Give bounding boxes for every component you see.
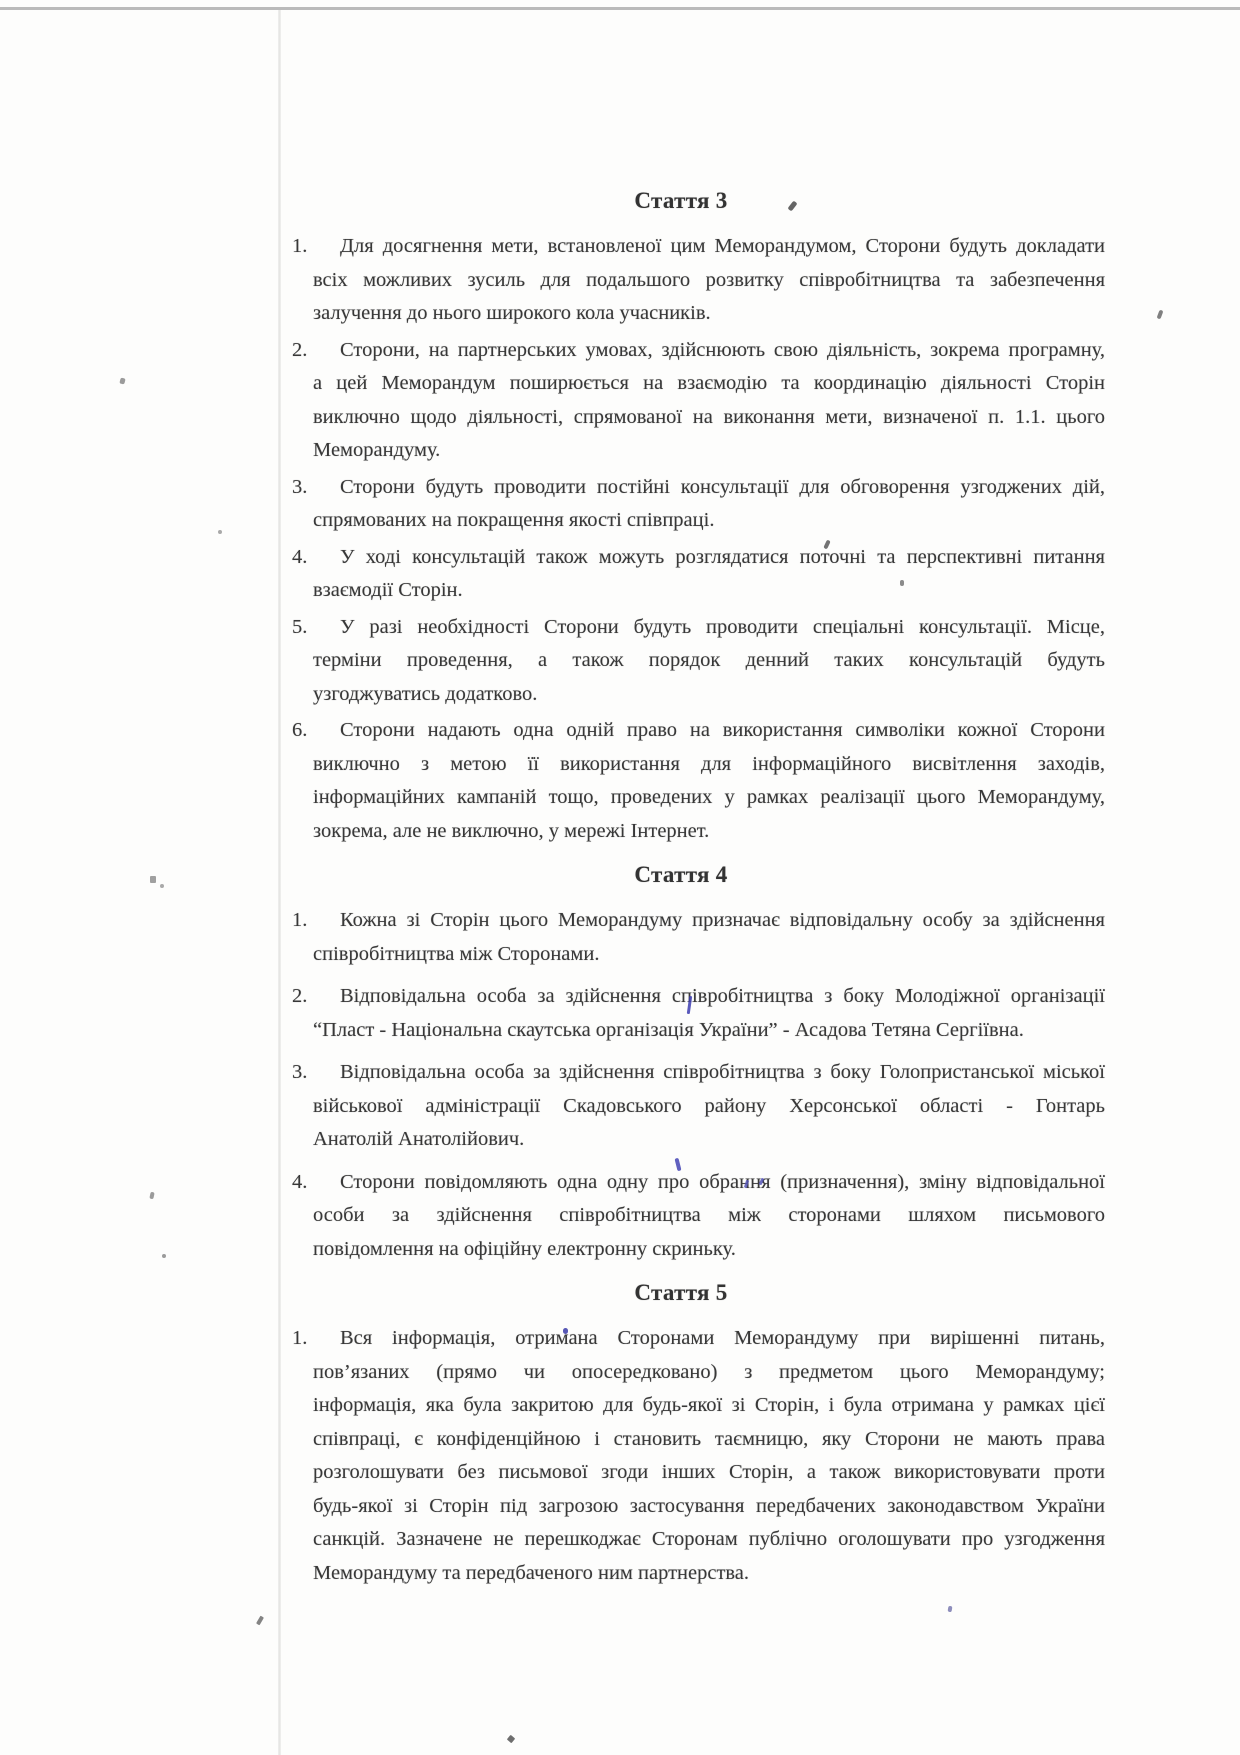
document-body: Стаття 3 1. Для досягнення мети, встанов…: [313, 186, 1105, 1599]
list-item: 1. Для досягнення мети, встановленої цим…: [313, 230, 1105, 331]
text-line: Сторони повідомляють одна одну про обран…: [313, 1166, 1105, 1200]
item-text: Сторони повідомляють одна одну про обран…: [313, 1166, 1105, 1267]
item-number: 6.: [292, 714, 326, 748]
item-text: Для досягнення мети, встановленої цим Ме…: [313, 230, 1105, 331]
text-line: Сторони, на партнерських умовах, здійсню…: [313, 334, 1105, 368]
text-line: Меморандуму.: [313, 434, 1105, 468]
list-item: 1. Кожна зі Сторін цього Меморандуму при…: [313, 904, 1105, 971]
text-line: пов’язаних (прямо чи опосередковано) з п…: [313, 1356, 1105, 1390]
item-text: У разі необхідності Сторони будуть прово…: [313, 611, 1105, 712]
list-item: 4. Сторони повідомляють одна одну про об…: [313, 1166, 1105, 1267]
item-number: 1.: [292, 230, 326, 264]
text-line: Сторони надають одна одній право на вико…: [313, 714, 1105, 748]
scan-edge-line: [0, 7, 1240, 10]
text-line: Відповідальна особа за здійснення співро…: [313, 1056, 1105, 1090]
item-text: У ході консультацій також можуть розгляд…: [313, 541, 1105, 608]
text-line: Відповідальна особа за здійснення співро…: [313, 980, 1105, 1014]
text-line: взаємодії Сторін.: [313, 574, 1105, 608]
item-number: 1.: [292, 904, 326, 938]
ink-speck: [900, 580, 904, 586]
item-number: 3.: [292, 471, 326, 505]
item-number: 5.: [292, 611, 326, 645]
list-item: 3. Відповідальна особа за здійснення спі…: [313, 1056, 1105, 1157]
ink-speck: [149, 1192, 154, 1200]
item-text: Сторони, на партнерських умовах, здійсню…: [313, 334, 1105, 468]
text-line: терміни проведення, а також порядок денн…: [313, 644, 1105, 678]
text-line: Вся інформація, отримана Сторонами Мемор…: [313, 1322, 1105, 1356]
list-item: 2. Відповідальна особа за здійснення спі…: [313, 980, 1105, 1047]
text-line: залучення до нього широкого кола учасник…: [313, 297, 1105, 331]
list-item: 1. Вся інформація, отримана Сторонами Ме…: [313, 1322, 1105, 1590]
text-line: зокрема, але не виключно, у мережі Інтер…: [313, 815, 1105, 849]
text-line: співробітництва між Сторонами.: [313, 938, 1105, 972]
item-text: Вся інформація, отримана Сторонами Мемор…: [313, 1322, 1105, 1590]
scanned-document-page: Стаття 3 1. Для досягнення мети, встанов…: [0, 0, 1240, 1755]
text-line: інформаційних кампаній тощо, проведених …: [313, 781, 1105, 815]
item-number: 4.: [292, 1166, 326, 1200]
ink-speck: [1157, 310, 1164, 320]
item-number: 1.: [292, 1322, 326, 1356]
text-line: інформація, яка була закритою для будь-я…: [313, 1389, 1105, 1423]
ink-speck: [160, 884, 164, 888]
text-line: будь-якої зі Сторін під загрозою застосу…: [313, 1490, 1105, 1524]
section-article-5: Стаття 5 1. Вся інформація, отримана Сто…: [313, 1278, 1105, 1590]
article-3-title: Стаття 3: [285, 186, 1077, 216]
item-text: Кожна зі Сторін цього Меморандуму призна…: [313, 904, 1105, 971]
section-article-4: Стаття 4 1. Кожна зі Сторін цього Мемора…: [313, 860, 1105, 1266]
text-line: “Пласт - Національна скаутська організац…: [313, 1014, 1105, 1048]
item-text: Сторони надають одна одній право на вико…: [313, 714, 1105, 848]
ink-speck: [119, 377, 125, 384]
ink-speck: [948, 1606, 953, 1613]
list-item: 3. Сторони будуть проводити постійні кон…: [313, 471, 1105, 538]
list-item: 6. Сторони надають одна одній право на в…: [313, 714, 1105, 848]
text-line: узгоджуватись додатково.: [313, 678, 1105, 712]
page-fold-line: [278, 10, 281, 1755]
text-line: а цей Меморандум поширюється на взаємоді…: [313, 367, 1105, 401]
text-line: У ході консультацій також можуть розгляд…: [313, 541, 1105, 575]
ink-speck: [256, 1616, 264, 1626]
text-line: співпраці, є конфіденційною і становить …: [313, 1423, 1105, 1457]
text-line: всіх можливих зусиль для подальшого розв…: [313, 264, 1105, 298]
ink-speck: [507, 1735, 515, 1743]
text-line: спрямованих на покращення якості співпра…: [313, 504, 1105, 538]
text-line: Для досягнення мети, встановленої цим Ме…: [313, 230, 1105, 264]
text-line: повідомлення на офіційну електронну скри…: [313, 1233, 1105, 1267]
text-line: У разі необхідності Сторони будуть прово…: [313, 611, 1105, 645]
list-item: 2. Сторони, на партнерських умовах, здій…: [313, 334, 1105, 468]
text-line: Сторони будуть проводити постійні консул…: [313, 471, 1105, 505]
text-line: Анатолій Анатолійович.: [313, 1123, 1105, 1157]
text-line: Кожна зі Сторін цього Меморандуму призна…: [313, 904, 1105, 938]
article-5-title: Стаття 5: [285, 1278, 1077, 1308]
ink-speck: [563, 1328, 568, 1334]
list-item: 4. У ході консультацій також можуть розг…: [313, 541, 1105, 608]
text-line: санкцій. Зазначене не перешкоджає Сторон…: [313, 1523, 1105, 1557]
item-number: 2.: [292, 980, 326, 1014]
text-line: розголошувати без письмової згоди інших …: [313, 1456, 1105, 1490]
article-4-title: Стаття 4: [285, 860, 1077, 890]
list-item: 5. У разі необхідності Сторони будуть пр…: [313, 611, 1105, 712]
text-line: виключно щодо діяльності, спрямованої на…: [313, 401, 1105, 435]
item-number: 3.: [292, 1056, 326, 1090]
item-text: Відповідальна особа за здійснення співро…: [313, 980, 1105, 1047]
section-article-3: Стаття 3 1. Для досягнення мети, встанов…: [313, 186, 1105, 848]
text-line: Меморандуму та передбаченого ним партнер…: [313, 1557, 1105, 1591]
item-text: Сторони будуть проводити постійні консул…: [313, 471, 1105, 538]
ink-speck: [162, 1254, 166, 1258]
text-line: виключно з метою її використання для інф…: [313, 748, 1105, 782]
text-line: особи за здійснення співробітництва між …: [313, 1199, 1105, 1233]
ink-speck: [218, 530, 222, 534]
ink-speck: [150, 876, 156, 883]
text-line: військової адміністрації Скадовського ра…: [313, 1090, 1105, 1124]
item-number: 2.: [292, 334, 326, 368]
item-text: Відповідальна особа за здійснення співро…: [313, 1056, 1105, 1157]
item-number: 4.: [292, 541, 326, 575]
